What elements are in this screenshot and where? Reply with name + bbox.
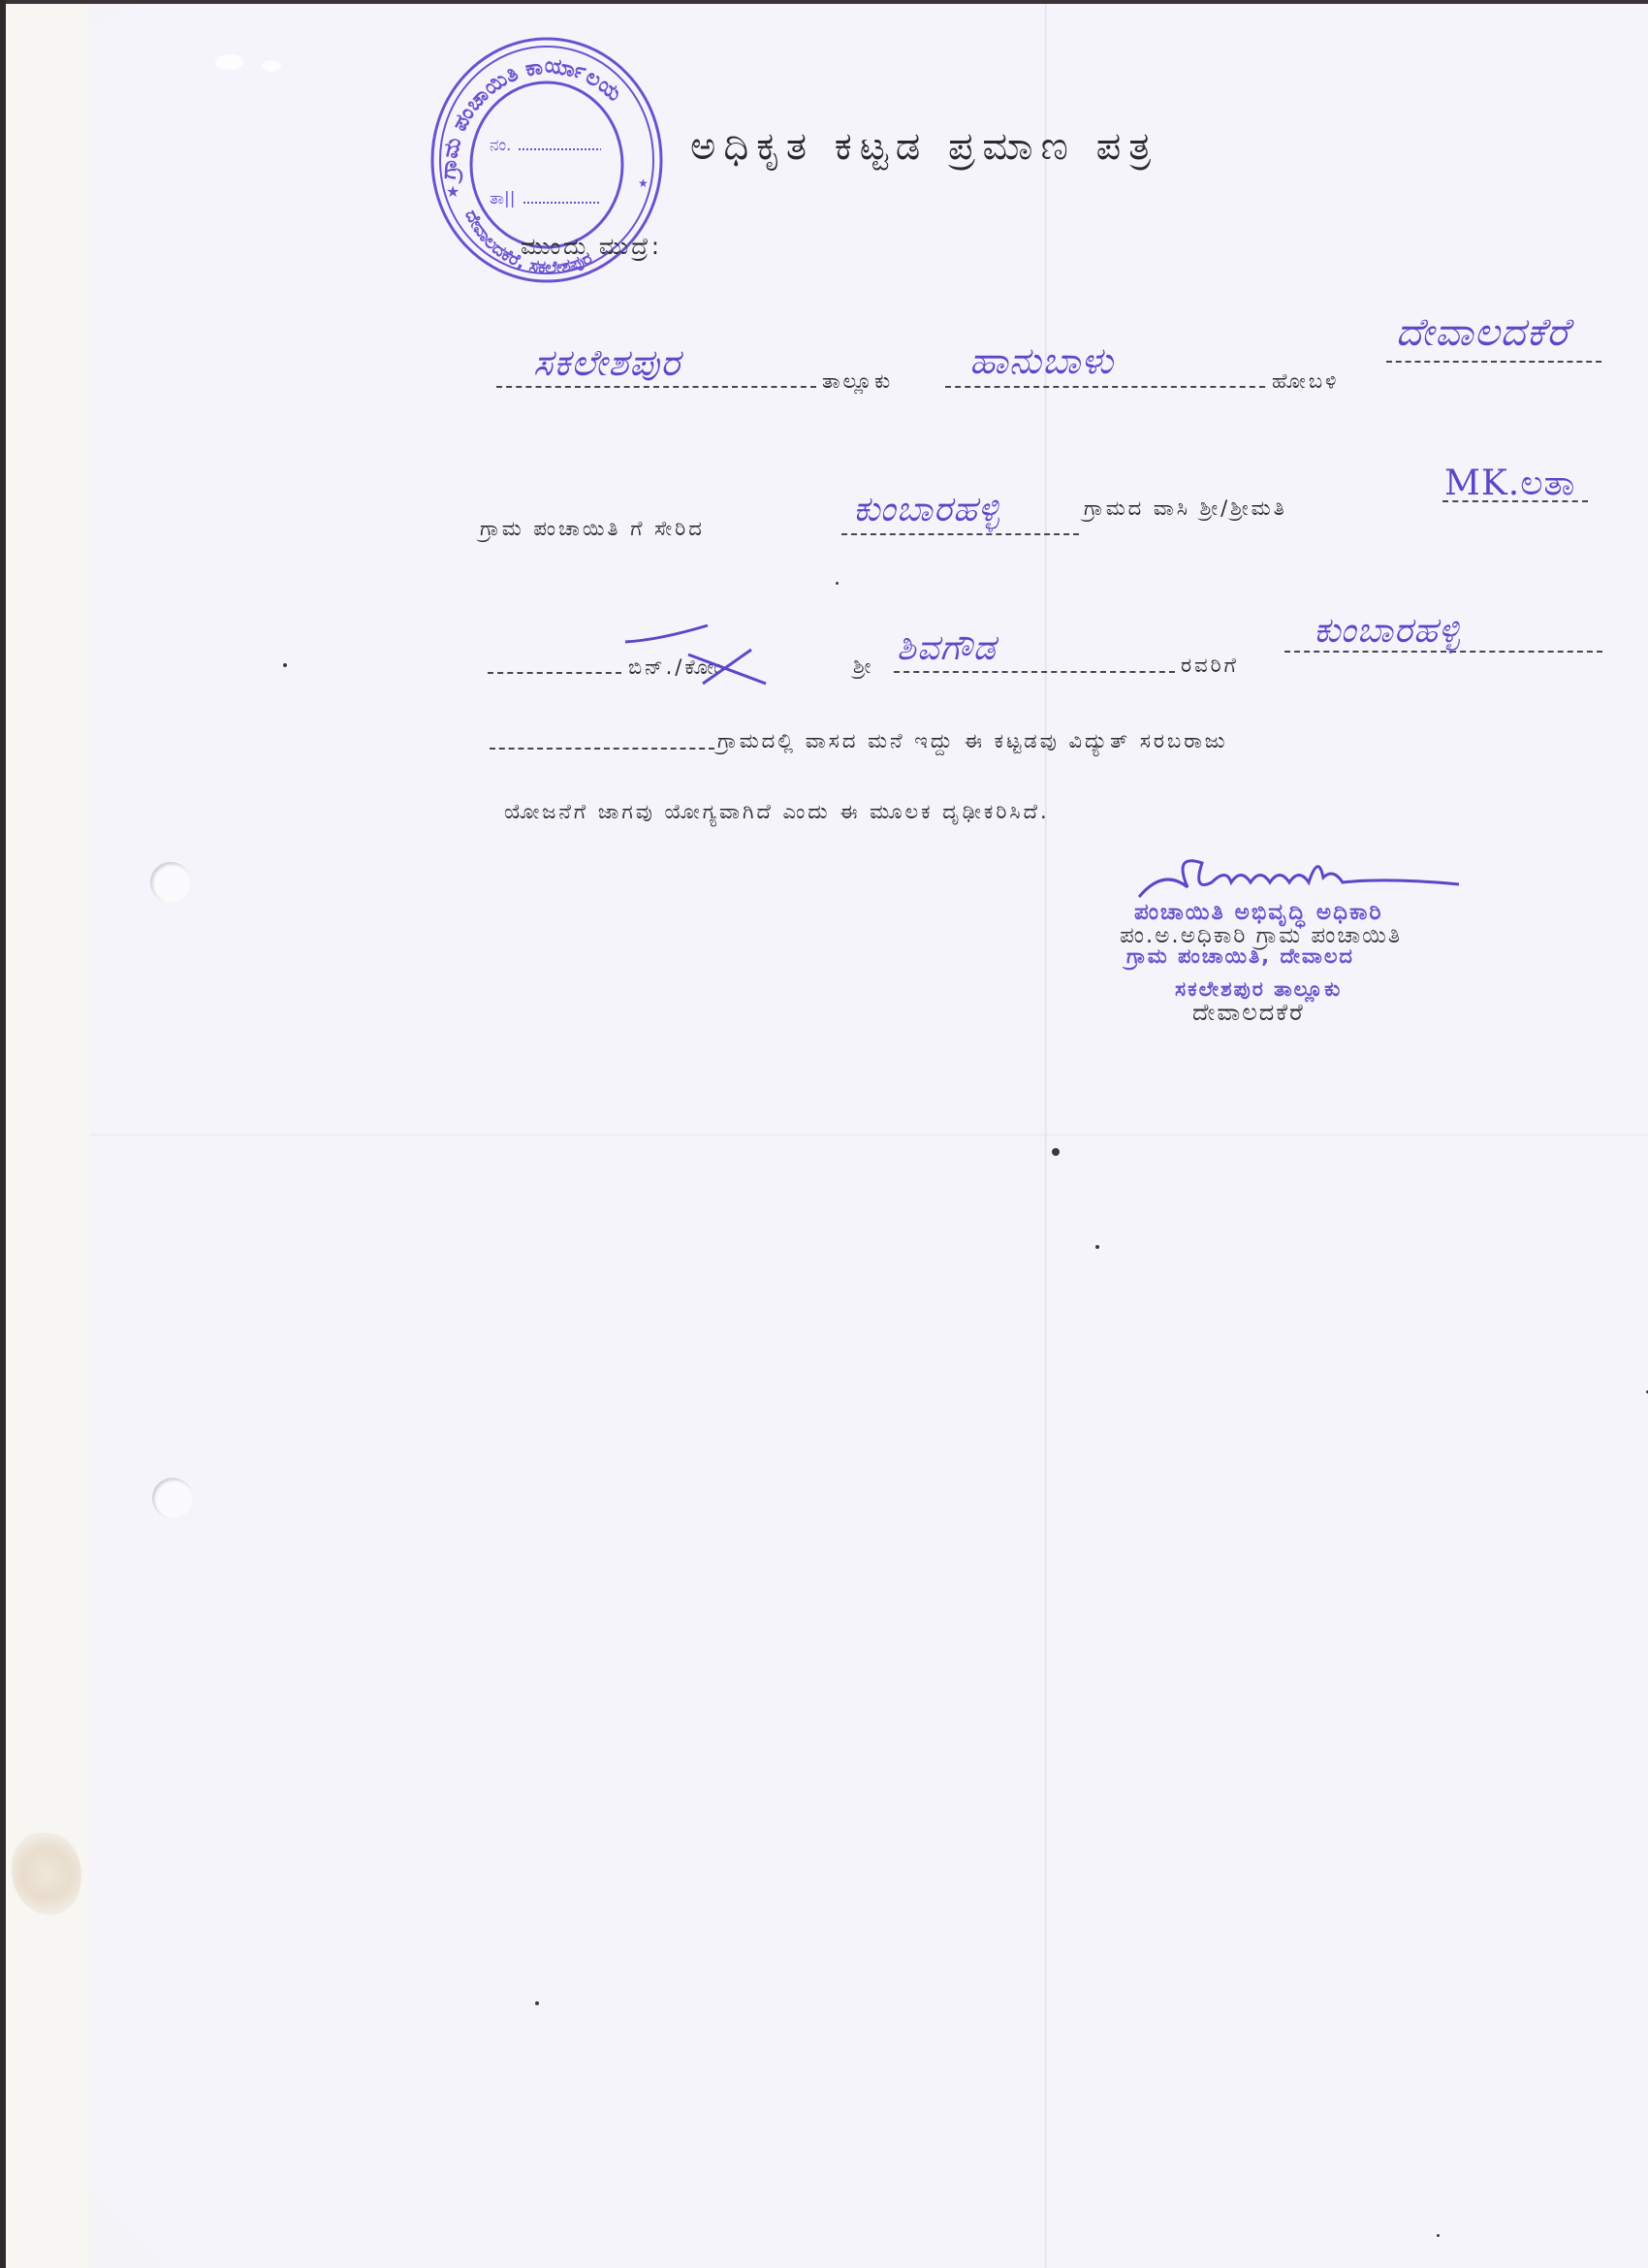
line4-text: ಗ್ರಾಮದಲ್ಲಿ ವಾಸದ ಮನೆ ಇದ್ದು ಈ ಕಟ್ಟಡವು ವಿದ್… — [717, 729, 1228, 753]
paper-tear — [262, 60, 281, 72]
strike-mark — [620, 621, 776, 688]
field-underline — [490, 748, 714, 750]
speck — [535, 2001, 539, 2005]
document-title: ಅಧಿಕೃತ ಕಟ್ಟಡ ಪ್ರಮಾಣ ಪತ್ರ — [690, 124, 1158, 169]
field-underline — [496, 386, 816, 388]
scanner-edge-top — [0, 0, 1648, 4]
sri-label: ಶ್ರೀ — [853, 655, 873, 679]
hobli-label: ಹೋಬಳಿ — [1272, 369, 1340, 394]
village-value[interactable]: ಕುಂಬಾರಹಳ್ಳಿ — [853, 490, 1000, 530]
stamp-date-label: ತಾ|| — [490, 189, 515, 208]
speck — [1095, 1245, 1099, 1249]
field-underline — [841, 533, 1079, 535]
field-underline — [1386, 361, 1601, 363]
svg-text:★: ★ — [638, 176, 649, 190]
speck — [1437, 2234, 1440, 2237]
village2-value[interactable]: ಕುಂಬಾರಹಳ್ಳಿ — [1314, 611, 1461, 652]
field-underline — [945, 386, 1265, 388]
seal-label: ಮುಂದು ಮುದ್ರೆ: — [521, 233, 662, 260]
field-underline — [894, 671, 1175, 673]
svg-text:ಗ್ರಾಮ ಪಂಚಾಯಿತಿ ಕಾರ್ಯಾಲಯ: ಗ್ರಾಮ ಪಂಚಾಯಿತಿ ಕಾರ್ಯಾಲಯ — [436, 53, 626, 185]
line2-prefix: ಗ್ರಾಮ ಪಂಚಾಯಿತಿ ಗೆ ಸೇರಿದ — [480, 517, 705, 541]
paper-tear — [215, 54, 244, 70]
name-value[interactable]: MK.ಲತಾ — [1444, 463, 1575, 504]
signature-printed-village: ದೇವಾಲದಕೆರೆ — [1192, 999, 1305, 1026]
line5-text: ಯೋಜನೆಗೆ ಜಾಗವು ಯೋಗ್ಯವಾಗಿದೆ ಎಂದು ಈ ಮೂಲಕ ದೃ… — [504, 800, 1050, 824]
stamp-outer-top-text: ಗ್ರಾಮ ಪಂಚಾಯಿತಿ ಕಾರ್ಯಾಲಯ — [436, 53, 626, 185]
office-seal-stamp: ಗ್ರಾಮ ಪಂಚಾಯಿತಿ ಕಾರ್ಯಾಲಯ ದೇವಾಲದಕೆರೆ, ಸಕಲೇ… — [427, 24, 664, 310]
signature-stamp-panchayat: ಗ್ರಾಮ ಪಂಚಾಯಿತಿ, ದೇವಾಲದ — [1126, 944, 1354, 969]
panchayat-value[interactable]: ದೇವಾಲದಕೆರೆ — [1396, 310, 1569, 355]
taluk-value[interactable]: ಸಕಲೇಶಪುರ — [533, 341, 681, 385]
punch-hole-bottom — [152, 1478, 193, 1518]
taluk-label: ತಾಲ್ಲೂಕು — [822, 369, 893, 394]
speck — [1052, 1148, 1060, 1156]
stamp-number-label: ನಂ. — [490, 136, 511, 155]
punch-hole-top — [150, 862, 191, 903]
signature-stamp-title: ಪಂಚಾಯಿತಿ ಅಭಿವೃದ್ಧಿ ಅಧಿಕಾರಿ — [1134, 900, 1383, 925]
field-underline — [488, 672, 621, 674]
line2-middle: ಗ್ರಾಮದ ವಾಸಿ ಶ್ರೀ/ಶ್ರೀಮತಿ — [1084, 496, 1287, 521]
fold-crease-horizontal — [89, 1134, 1648, 1136]
father-value[interactable]: ಶಿವಗೌಡ — [897, 628, 997, 669]
speck — [836, 582, 839, 585]
signature-block: ಪಂಚಾಯಿತಿ ಅಭಿವೃದ್ಧಿ ಅಧಿಕಾರಿ ಪಂ.ಅ.ಅಧಿಕಾರಿ … — [1115, 844, 1522, 1038]
scanner-bed — [6, 4, 89, 2268]
hobli-value[interactable]: ಹಾನುಬಾಳು — [969, 339, 1114, 383]
speck — [283, 663, 287, 667]
svg-text:★: ★ — [446, 182, 460, 201]
to-label: ರವರಿಗೆ — [1181, 654, 1239, 678]
